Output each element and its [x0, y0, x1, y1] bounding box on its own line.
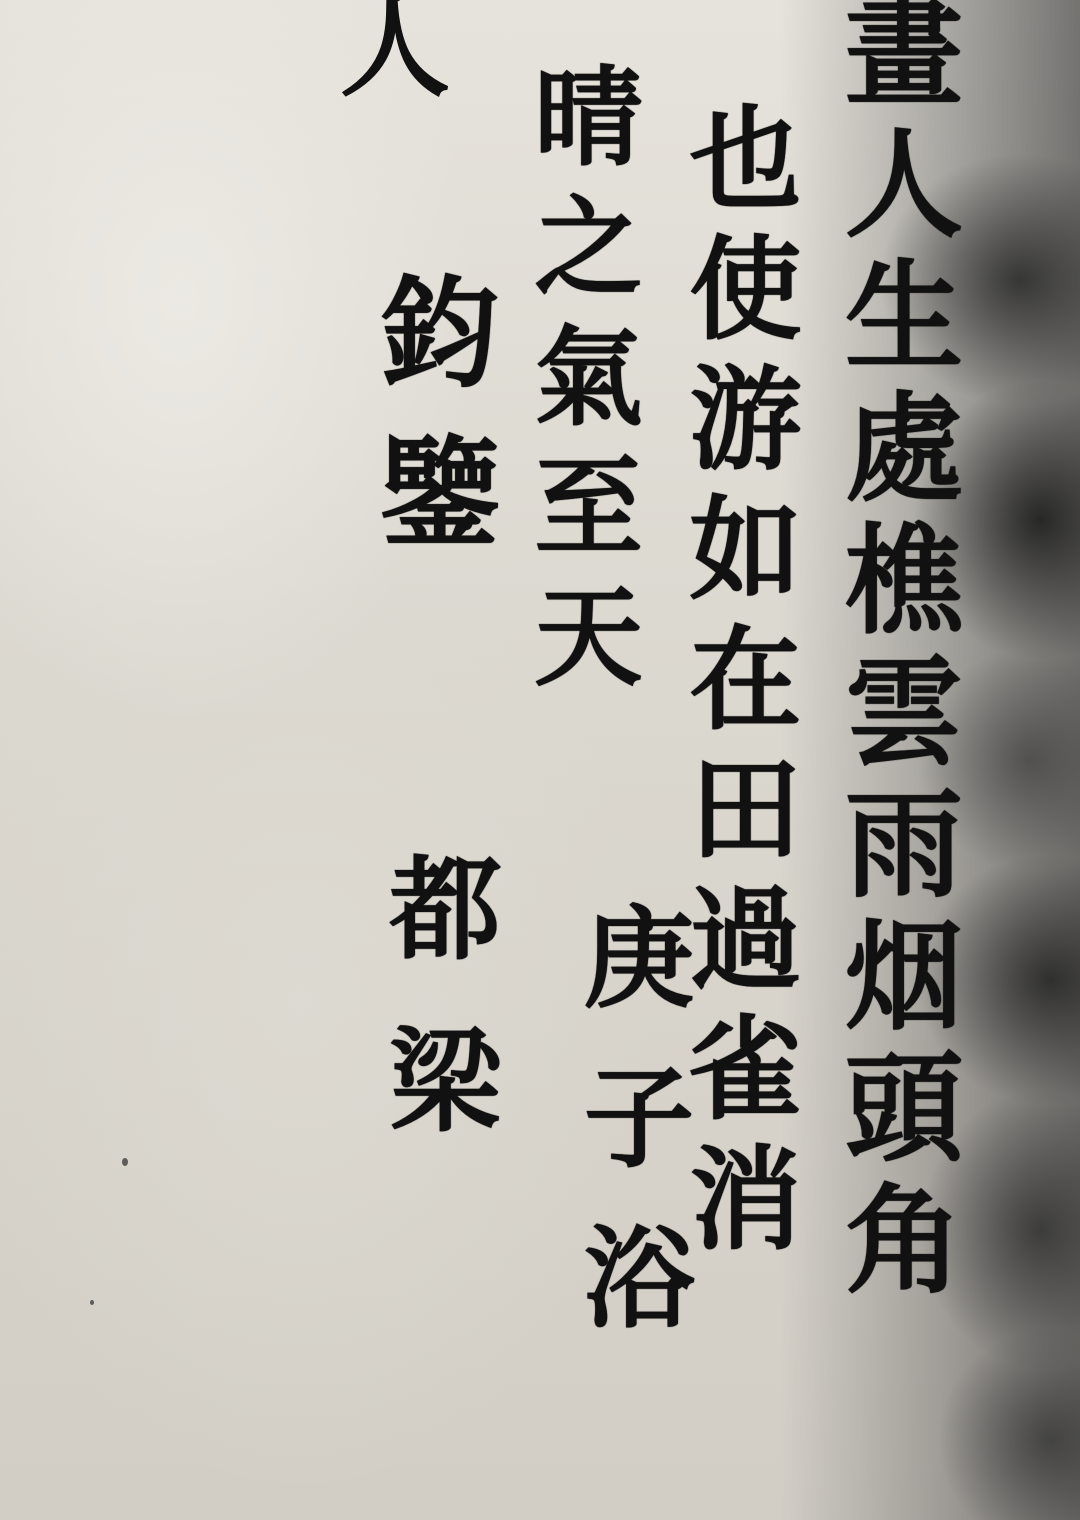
- calligraphy-signature: 都梁: [380, 850, 492, 1194]
- calligraphy-fragment: 人: [340, 0, 450, 118]
- calligraphy-column-1: 畫人生處樵雲雨烟頭角: [835, 0, 953, 1310]
- ink-speck: [90, 1300, 94, 1305]
- calligraphy-dedication: 鈞鑒: [370, 270, 490, 590]
- ink-speck: [122, 1158, 128, 1166]
- calligraphy-column-3: 晴之氣至天: [525, 60, 633, 710]
- calligraphy-date: 庚子浴: [575, 900, 685, 1380]
- calligraphy-column-2: 也使游如在田過雀消: [680, 100, 792, 1270]
